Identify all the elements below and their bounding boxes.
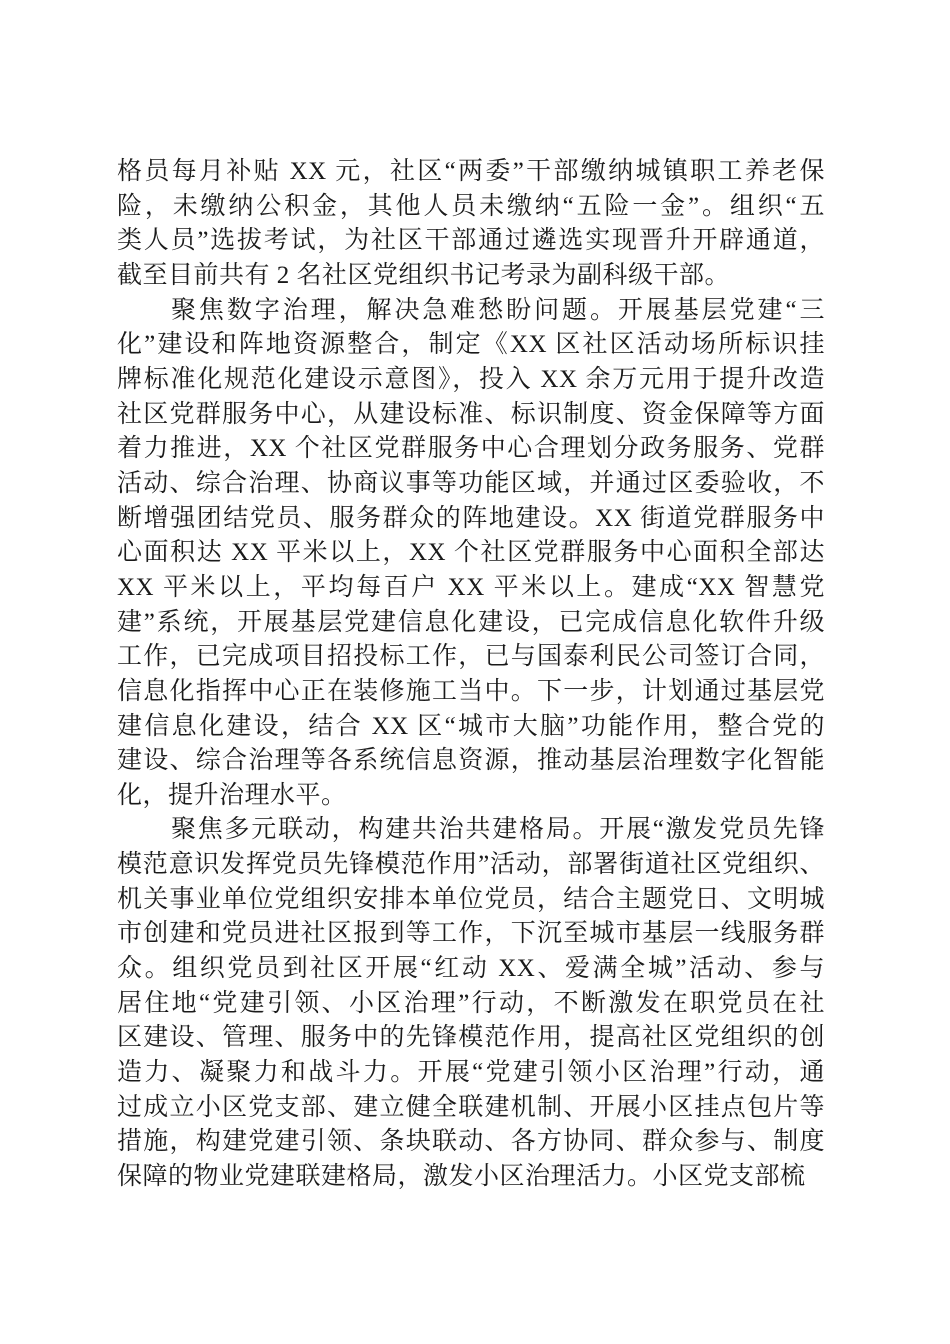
document-body: 格员每月补贴 XX 元，社区“两委”干部缴纳城镇职工养老保险，未缴纳公积金，其他… xyxy=(117,155,825,1195)
text-line: 活动、综合治理、协商议事等功能区域，并通过区委验收，不 xyxy=(117,467,825,502)
text-line: 聚焦数字治理，解决急难愁盼问题。开展基层党建“三 xyxy=(117,294,825,329)
text-line: 信息化指挥中心正在装修施工当中。下一步，计划通过基层党 xyxy=(117,675,825,710)
text-line: 措施，构建党建引领、条块联动、各方协同、群众参与、制度 xyxy=(117,1125,825,1160)
paragraph: 聚焦多元联动，构建共治共建格局。开展“激发党员先锋模范意识发挥党员先锋模范作用”… xyxy=(117,813,825,1194)
text-line: 区建设、管理、服务中的先锋模范作用，提高社区党组织的创 xyxy=(117,1021,825,1056)
text-line: 社区党群服务中心，从建设标准、标识制度、资金保障等方面 xyxy=(117,398,825,433)
text-line: 机关事业单位党组织安排本单位党员，结合主题党日、文明城 xyxy=(117,883,825,918)
text-line: 截至目前共有 2 名社区党组织书记考录为副科级干部。 xyxy=(117,259,825,294)
text-line: 断增强团结党员、服务群众的阵地建设。XX 街道党群服务中 xyxy=(117,502,825,537)
document-page: 格员每月补贴 XX 元，社区“两委”干部缴纳城镇职工养老保险，未缴纳公积金，其他… xyxy=(0,0,950,1344)
text-line: 保障的物业党建联建格局，激发小区治理活力。小区党支部梳 xyxy=(117,1160,825,1195)
text-line: 聚焦多元联动，构建共治共建格局。开展“激发党员先锋 xyxy=(117,813,825,848)
paragraph: 聚焦数字治理，解决急难愁盼问题。开展基层党建“三化”建设和阵地资源整合，制定《X… xyxy=(117,294,825,814)
text-line: 类人员”选拔考试，为社区干部通过遴选实现晋升开辟通道， xyxy=(117,224,825,259)
text-line: 市创建和党员进社区报到等工作，下沉至城市基层一线服务群 xyxy=(117,917,825,952)
text-line: 建”系统，开展基层党建信息化建设，已完成信息化软件升级 xyxy=(117,606,825,641)
text-line: 模范意识发挥党员先锋模范作用”活动，部署街道社区党组织、 xyxy=(117,848,825,883)
paragraph: 格员每月补贴 XX 元，社区“两委”干部缴纳城镇职工养老保险，未缴纳公积金，其他… xyxy=(117,155,825,294)
text-line: 格员每月补贴 XX 元，社区“两委”干部缴纳城镇职工养老保 xyxy=(117,155,825,190)
text-line: 险，未缴纳公积金，其他人员未缴纳“五险一金”。组织“五 xyxy=(117,190,825,225)
text-line: 过成立小区党支部、建立健全联建机制、开展小区挂点包片等 xyxy=(117,1091,825,1126)
text-line: 建设、综合治理等各系统信息资源，推动基层治理数字化智能 xyxy=(117,744,825,779)
text-line: XX 平米以上，平均每百户 XX 平米以上。建成“XX 智慧党 xyxy=(117,571,825,606)
text-line: 牌标准化规范化建设示意图》，投入 XX 余万元用于提升改造 xyxy=(117,363,825,398)
text-line: 造力、凝聚力和战斗力。开展“党建引领小区治理”行动，通 xyxy=(117,1056,825,1091)
text-line: 心面积达 XX 平米以上，XX 个社区党群服务中心面积全部达 xyxy=(117,536,825,571)
text-line: 众。组织党员到社区开展“红动 XX、爱满全城”活动、参与 xyxy=(117,952,825,987)
text-line: 着力推进，XX 个社区党群服务中心合理划分政务服务、党群 xyxy=(117,432,825,467)
text-line: 化，提升治理水平。 xyxy=(117,779,825,814)
text-line: 建信息化建设，结合 XX 区“城市大脑”功能作用，整合党的 xyxy=(117,710,825,745)
text-line: 化”建设和阵地资源整合，制定《XX 区社区活动场所标识挂 xyxy=(117,328,825,363)
text-line: 工作，已完成项目招投标工作，已与国泰利民公司签订合同， xyxy=(117,640,825,675)
text-line: 居住地“党建引领、小区治理”行动，不断激发在职党员在社 xyxy=(117,987,825,1022)
